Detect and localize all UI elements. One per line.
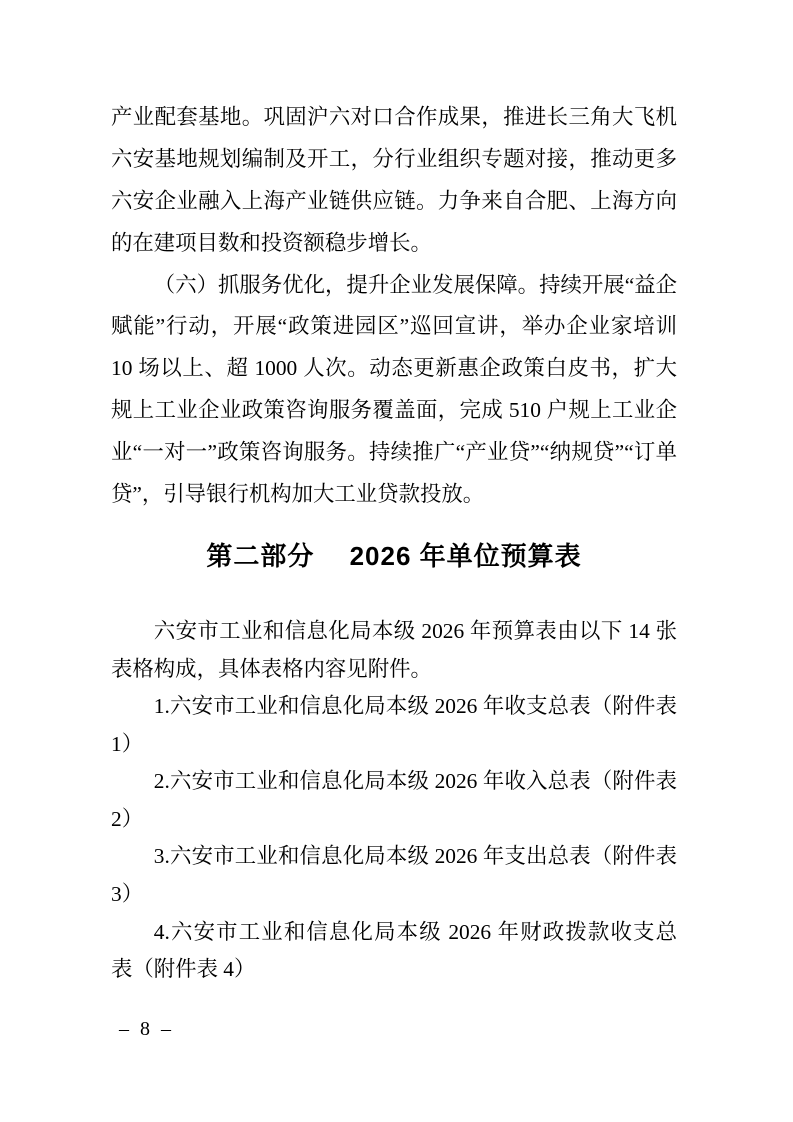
text-line: 规上工业企业政策咨询服务覆盖面，完成 510 户规上工业企	[111, 390, 677, 432]
page-number: – 8 –	[119, 1018, 171, 1041]
section-heading: 第二部分 2026 年单位预算表	[111, 535, 677, 577]
text-line: （六）抓服务优化，提升企业发展保障。持续开展“益企	[111, 265, 677, 307]
text-line: 3.六安市工业和信息化局本级 2026 年支出总表（附件表	[111, 838, 677, 876]
text-line: 赋能”行动，开展“政策进园区”巡回宣讲，举办企业家培训	[111, 306, 677, 348]
page-content: 产业配套基地。巩固沪六对口合作成果，推进长三角大飞机 六安基地规划编制及开工，分…	[111, 97, 677, 989]
text-line: 产业配套基地。巩固沪六对口合作成果，推进长三角大飞机	[111, 97, 677, 139]
document-page: 产业配套基地。巩固沪六对口合作成果，推进长三角大飞机 六安基地规划编制及开工，分…	[0, 0, 793, 1122]
text-line: 贷”，引导银行机构加大工业贷款投放。	[111, 474, 677, 516]
text-line: 的在建项目数和投资额稳步增长。	[111, 223, 677, 265]
text-line: 10 场以上、超 1000 人次。动态更新惠企政策白皮书，扩大	[111, 348, 677, 390]
text-line: 表格构成，具体表格内容见附件。	[111, 651, 677, 689]
text-line: 3）	[111, 876, 677, 914]
text-line: 六安市工业和信息化局本级 2026 年预算表由以下 14 张	[111, 613, 677, 651]
text-line: 业“一对一”政策咨询服务。持续推广“产业贷”“纳规贷”“订单	[111, 432, 677, 474]
text-line: 2）	[111, 801, 677, 839]
paragraph-block-bottom: 六安市工业和信息化局本级 2026 年预算表由以下 14 张 表格构成，具体表格…	[111, 613, 677, 989]
text-line: 表（附件表 4）	[111, 951, 677, 989]
text-line: 1.六安市工业和信息化局本级 2026 年收支总表（附件表	[111, 688, 677, 726]
text-line: 1）	[111, 726, 677, 764]
text-line: 六安企业融入上海产业链供应链。力争来自合肥、上海方向	[111, 181, 677, 223]
text-line: 2.六安市工业和信息化局本级 2026 年收入总表（附件表	[111, 763, 677, 801]
text-line: 六安基地规划编制及开工，分行业组织专题对接，推动更多	[111, 139, 677, 181]
text-line: 4.六安市工业和信息化局本级 2026 年财政拨款收支总	[111, 914, 677, 952]
paragraph-block-top: 产业配套基地。巩固沪六对口合作成果，推进长三角大飞机 六安基地规划编制及开工，分…	[111, 97, 677, 516]
